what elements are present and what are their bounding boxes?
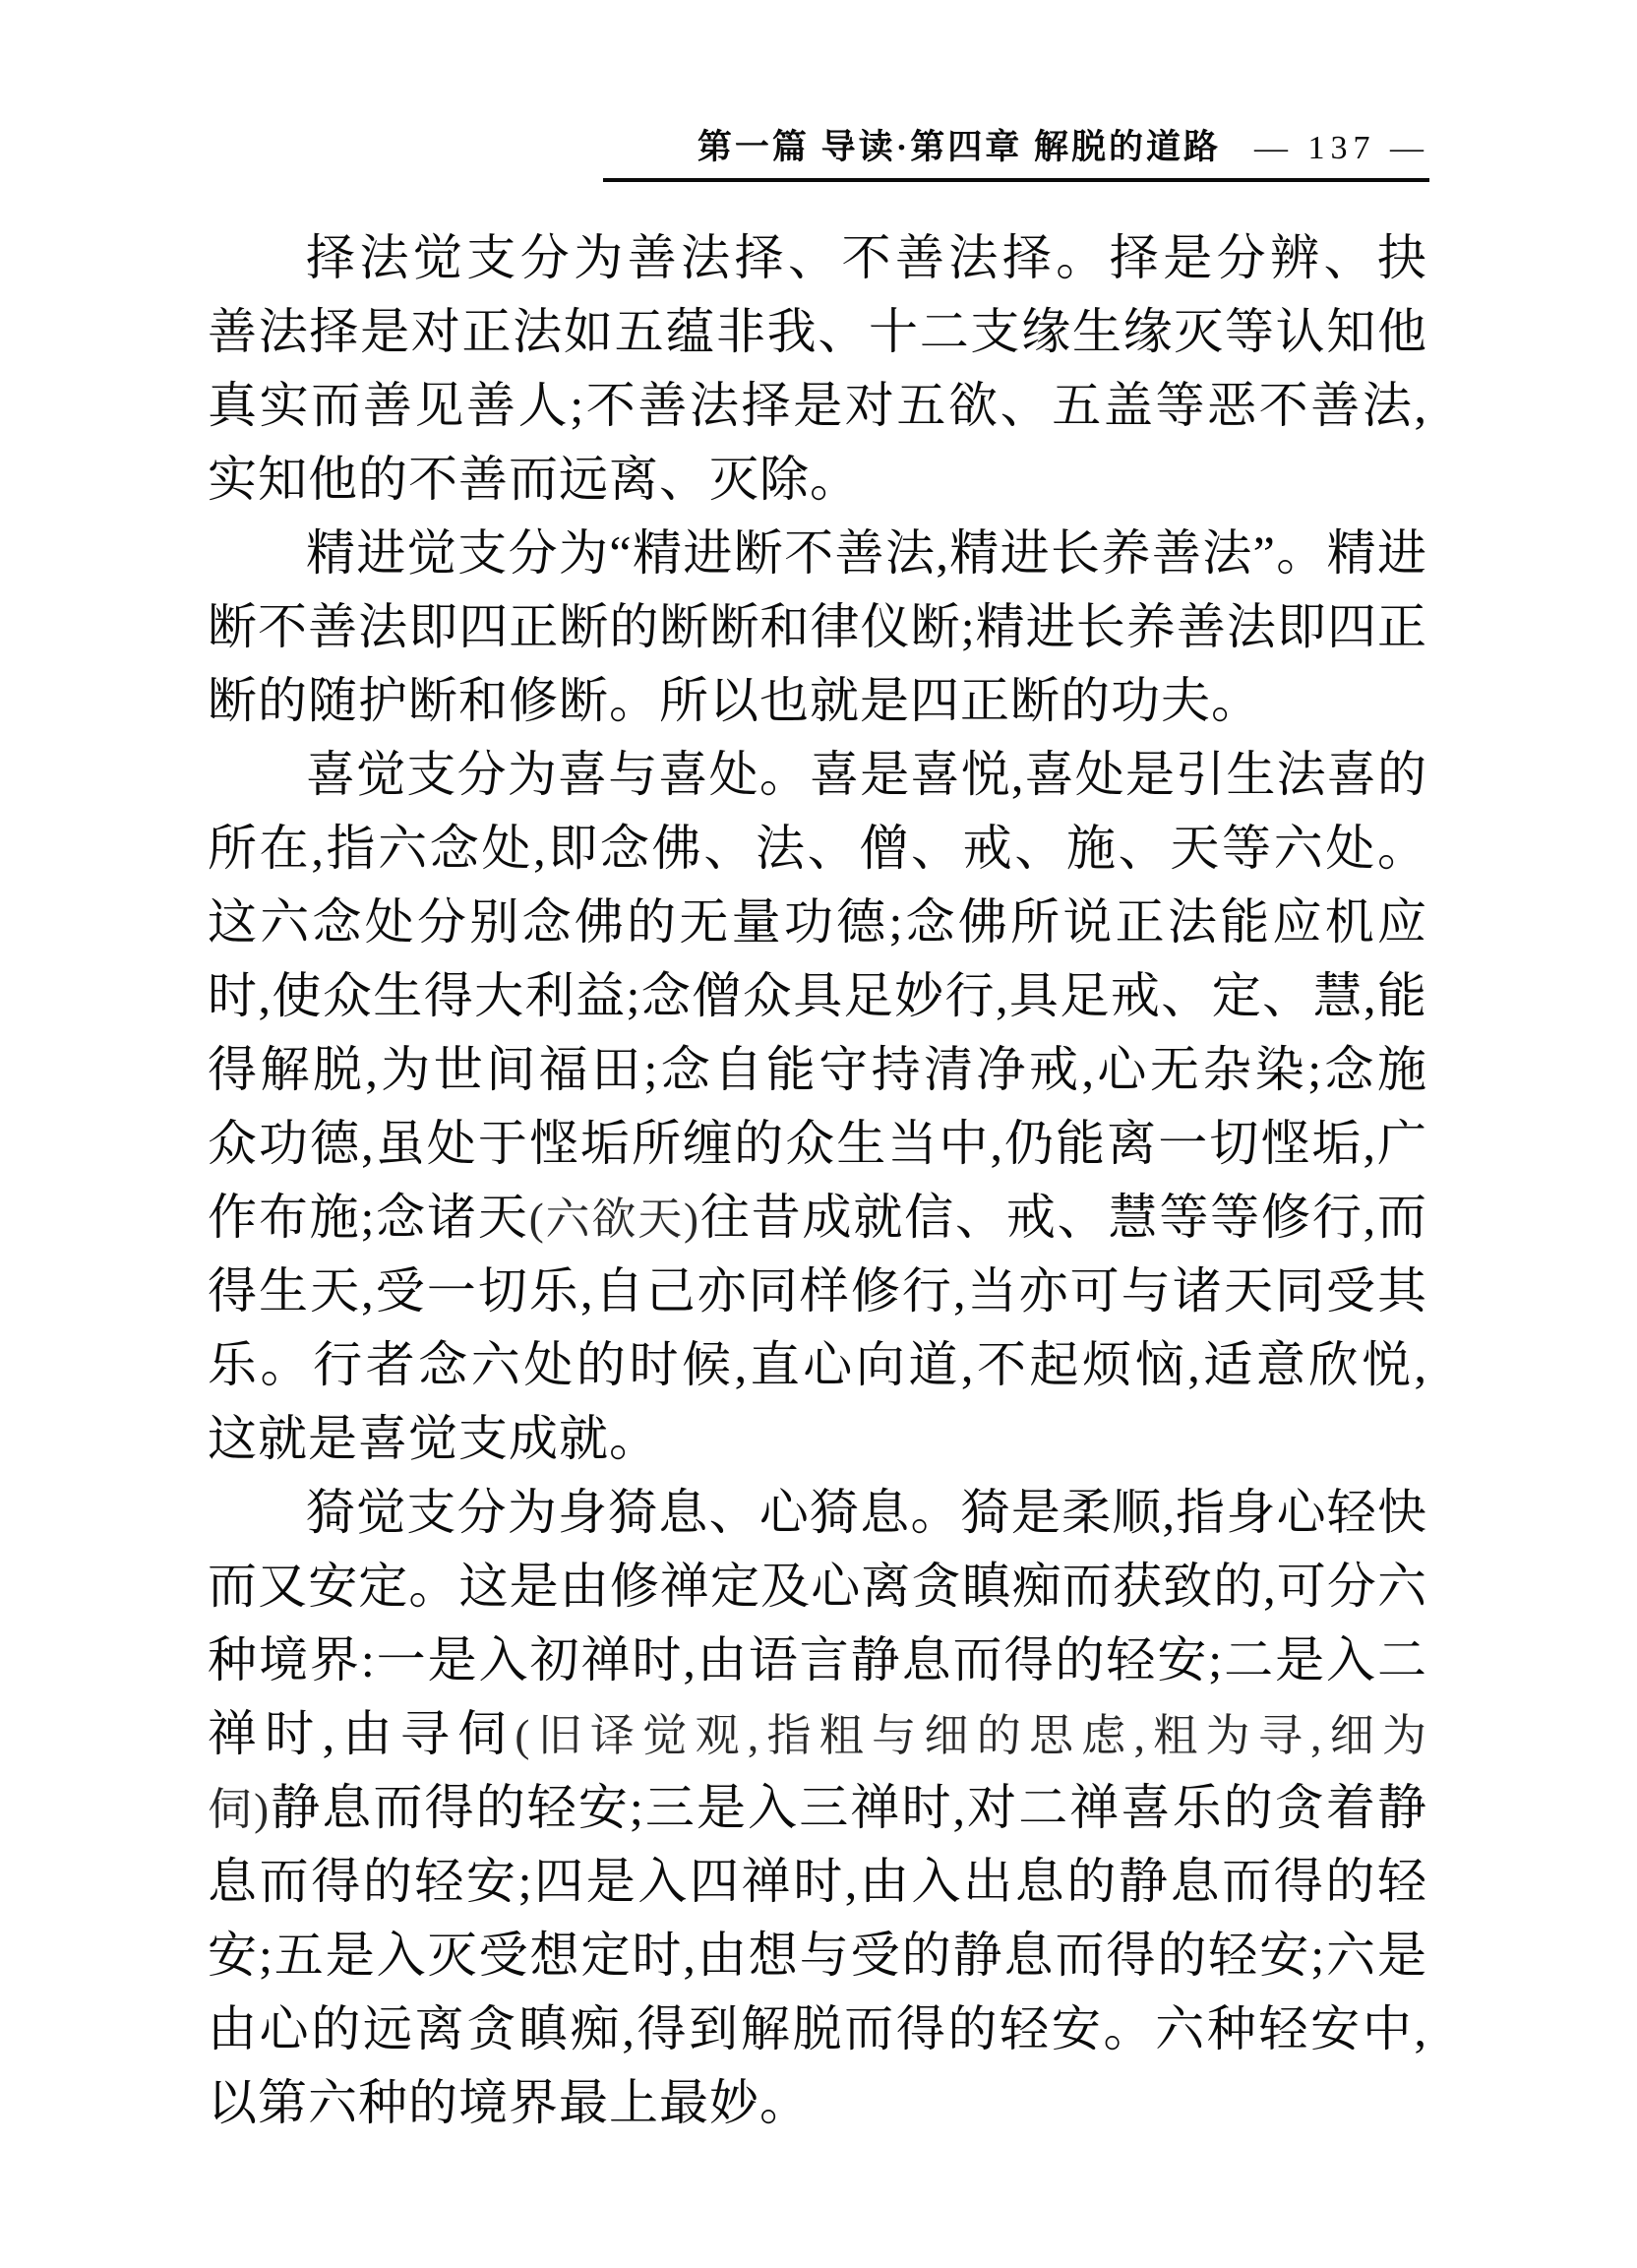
text-line: 乐。行者念六处的时候,直心向道,不起烦恼,适意欣悦, [208, 1328, 1427, 1402]
body-text: 种境界:一是入初禅时,由语言静息而得的轻安;二是入二 [208, 1632, 1427, 1687]
text-line: 猗觉支分为身猗息、心猗息。猗是柔顺,指身心轻快 [208, 1476, 1427, 1550]
text-line: 得解脱,为世间福田;念自能守持清净戒,心无杂染;念施 [208, 1033, 1427, 1107]
body-text: 得生天,受一切乐,自己亦同样修行,当亦可与诸天同受其 [208, 1263, 1427, 1318]
text-line: 真实而善见善人;不善法择是对五欲、五盖等恶不善法,如 [208, 369, 1427, 443]
paragraph: 喜觉支分为喜与喜处。喜是喜悦,喜处是引生法喜的所在,指六念处,即念佛、法、僧、戒… [208, 738, 1427, 1476]
book-page: 第一篇 导读·第四章 解脱的道路 — 137 — 择法觉支分为善法择、不善法择。… [0, 0, 1637, 2268]
text-line: 种境界:一是入初禅时,由语言静息而得的轻安;二是入二 [208, 1624, 1427, 1697]
body-text: 众功德,虽处于悭垢所缠的众生当中,仍能离一切悭垢,广 [208, 1116, 1427, 1171]
text-line: 作布施;念诸天(六欲天)往昔成就信、戒、慧等等修行,而 [208, 1181, 1427, 1255]
text-line: 断的随护断和修断。所以也就是四正断的功夫。 [208, 664, 1427, 738]
body-text: 断不善法即四正断的断断和律仪断;精进长养善法即四正 [208, 599, 1427, 654]
running-head: 第一篇 导读·第四章 解脱的道路 — 137 — [603, 120, 1429, 169]
text-line: 善法择是对正法如五蕴非我、十二支缘生缘灭等认知他的 [208, 295, 1427, 369]
text-line: 精进觉支分为“精进断不善法,精进长养善法”。精进 [208, 517, 1427, 590]
header-rule [603, 178, 1429, 182]
text-line: 众功德,虽处于悭垢所缠的众生当中,仍能离一切悭垢,广 [208, 1107, 1427, 1181]
body-text: 所在,指六念处,即念佛、法、僧、戒、施、天等六处。行者在 [208, 821, 1427, 886]
text-line: 由心的远离贪瞋痴,得到解脱而得的轻安。六种轻安中, [208, 1992, 1427, 2066]
body-text: 时,使众生得大利益;念僧众具足妙行,具足戒、定、慧,能 [208, 968, 1427, 1023]
text-line: 喜觉支分为喜与喜处。喜是喜悦,喜处是引生法喜的 [208, 738, 1427, 812]
body-text: 猗觉支分为身猗息、心猗息。猗是柔顺,指身心轻快 [306, 1485, 1427, 1540]
body-text: 往昔成就信、戒、慧等等修行,而 [699, 1190, 1427, 1245]
text-line: 这就是喜觉支成就。 [208, 1402, 1427, 1476]
body-text: 禅时,由寻伺 [208, 1706, 515, 1761]
text-line: 息而得的轻安;四是入四禅时,由入出息的静息而得的轻 [208, 1845, 1427, 1919]
text-line: 禅时,由寻伺(旧译觉观,指粗与细的思虑,粗为寻,细为 [208, 1697, 1427, 1771]
text-line: 伺)静息而得的轻安;三是入三禅时,对二禅喜乐的贪着静 [208, 1771, 1427, 1845]
page-number: — 137 — [1254, 130, 1429, 167]
body-text: 这就是喜觉支成就。 [208, 1411, 659, 1466]
body-text: 安;五是入灭受想定时,由想与受的静息而得的轻安;六是 [208, 1928, 1427, 1983]
body-text: 这六念处分别念佛的无量功德;念佛所说正法能应机应 [208, 894, 1427, 950]
body-text: 断的随护断和修断。所以也就是四正断的功夫。 [208, 673, 1261, 728]
page-body: 择法觉支分为善法择、不善法择。择是分辨、抉择。善法择是对正法如五蕴非我、十二支缘… [208, 221, 1427, 2140]
body-text: 乐。行者念六处的时候,直心向道,不起烦恼,适意欣悦, [208, 1337, 1427, 1392]
text-line: 以第六种的境界最上最妙。 [208, 2066, 1427, 2140]
body-text: 善法择是对正法如五蕴非我、十二支缘生缘灭等认知他的 [208, 304, 1427, 369]
body-text: 静息而得的轻安;三是入三禅时,对二禅喜乐的贪着静 [270, 1780, 1427, 1835]
text-line: 所在,指六念处,即念佛、法、僧、戒、施、天等六处。行者在 [208, 812, 1427, 886]
paragraph: 精进觉支分为“精进断不善法,精进长养善法”。精进断不善法即四正断的断断和律仪断;… [208, 517, 1427, 738]
text-line: 实知他的不善而远离、灭除。 [208, 443, 1427, 517]
text-line: 择法觉支分为善法择、不善法择。择是分辨、抉择。 [208, 221, 1427, 295]
body-text: 而又安定。这是由修禅定及心离贪瞋痴而获致的,可分六 [208, 1559, 1427, 1614]
annotation-text: 伺) [208, 1785, 270, 1834]
body-text: 得解脱,为世间福田;念自能守持清净戒,心无杂染;念施 [208, 1042, 1427, 1097]
body-text: 真实而善见善人;不善法择是对五欲、五盖等恶不善法,如 [208, 378, 1427, 443]
text-line: 安;五是入灭受想定时,由想与受的静息而得的轻安;六是 [208, 1919, 1427, 1992]
text-line: 这六念处分别念佛的无量功德;念佛所说正法能应机应 [208, 886, 1427, 959]
text-line: 时,使众生得大利益;念僧众具足妙行,具足戒、定、慧,能 [208, 959, 1427, 1033]
running-head-title: 第一篇 导读·第四章 解脱的道路 [697, 120, 1221, 169]
body-text: 精进觉支分为“精进断不善法,精进长养善法”。精进 [306, 525, 1427, 581]
paragraph: 择法觉支分为善法择、不善法择。择是分辨、抉择。善法择是对正法如五蕴非我、十二支缘… [208, 221, 1427, 517]
text-line: 断不善法即四正断的断断和律仪断;精进长养善法即四正 [208, 590, 1427, 664]
text-line: 得生天,受一切乐,自己亦同样修行,当亦可与诸天同受其 [208, 1255, 1427, 1328]
body-text: 择法觉支分为善法择、不善法择。择是分辨、抉择。 [208, 230, 1427, 295]
body-text: 作布施;念诸天 [208, 1190, 529, 1245]
annotation-text: (六欲天) [529, 1195, 699, 1244]
text-line: 而又安定。这是由修禅定及心离贪瞋痴而获致的,可分六 [208, 1550, 1427, 1624]
body-text: 实知他的不善而远离、灭除。 [208, 452, 860, 507]
body-text: 息而得的轻安;四是入四禅时,由入出息的静息而得的轻 [208, 1854, 1427, 1909]
paragraph: 猗觉支分为身猗息、心猗息。猗是柔顺,指身心轻快而又安定。这是由修禅定及心离贪瞋痴… [208, 1476, 1427, 2140]
annotation-text: (旧译觉观,指粗与细的思虑,粗为寻,细为 [515, 1711, 1427, 1760]
body-text: 由心的远离贪瞋痴,得到解脱而得的轻安。六种轻安中, [208, 2001, 1427, 2056]
body-text: 喜觉支分为喜与喜处。喜是喜悦,喜处是引生法喜的 [306, 747, 1427, 802]
body-text: 以第六种的境界最上最妙。 [208, 2075, 810, 2130]
